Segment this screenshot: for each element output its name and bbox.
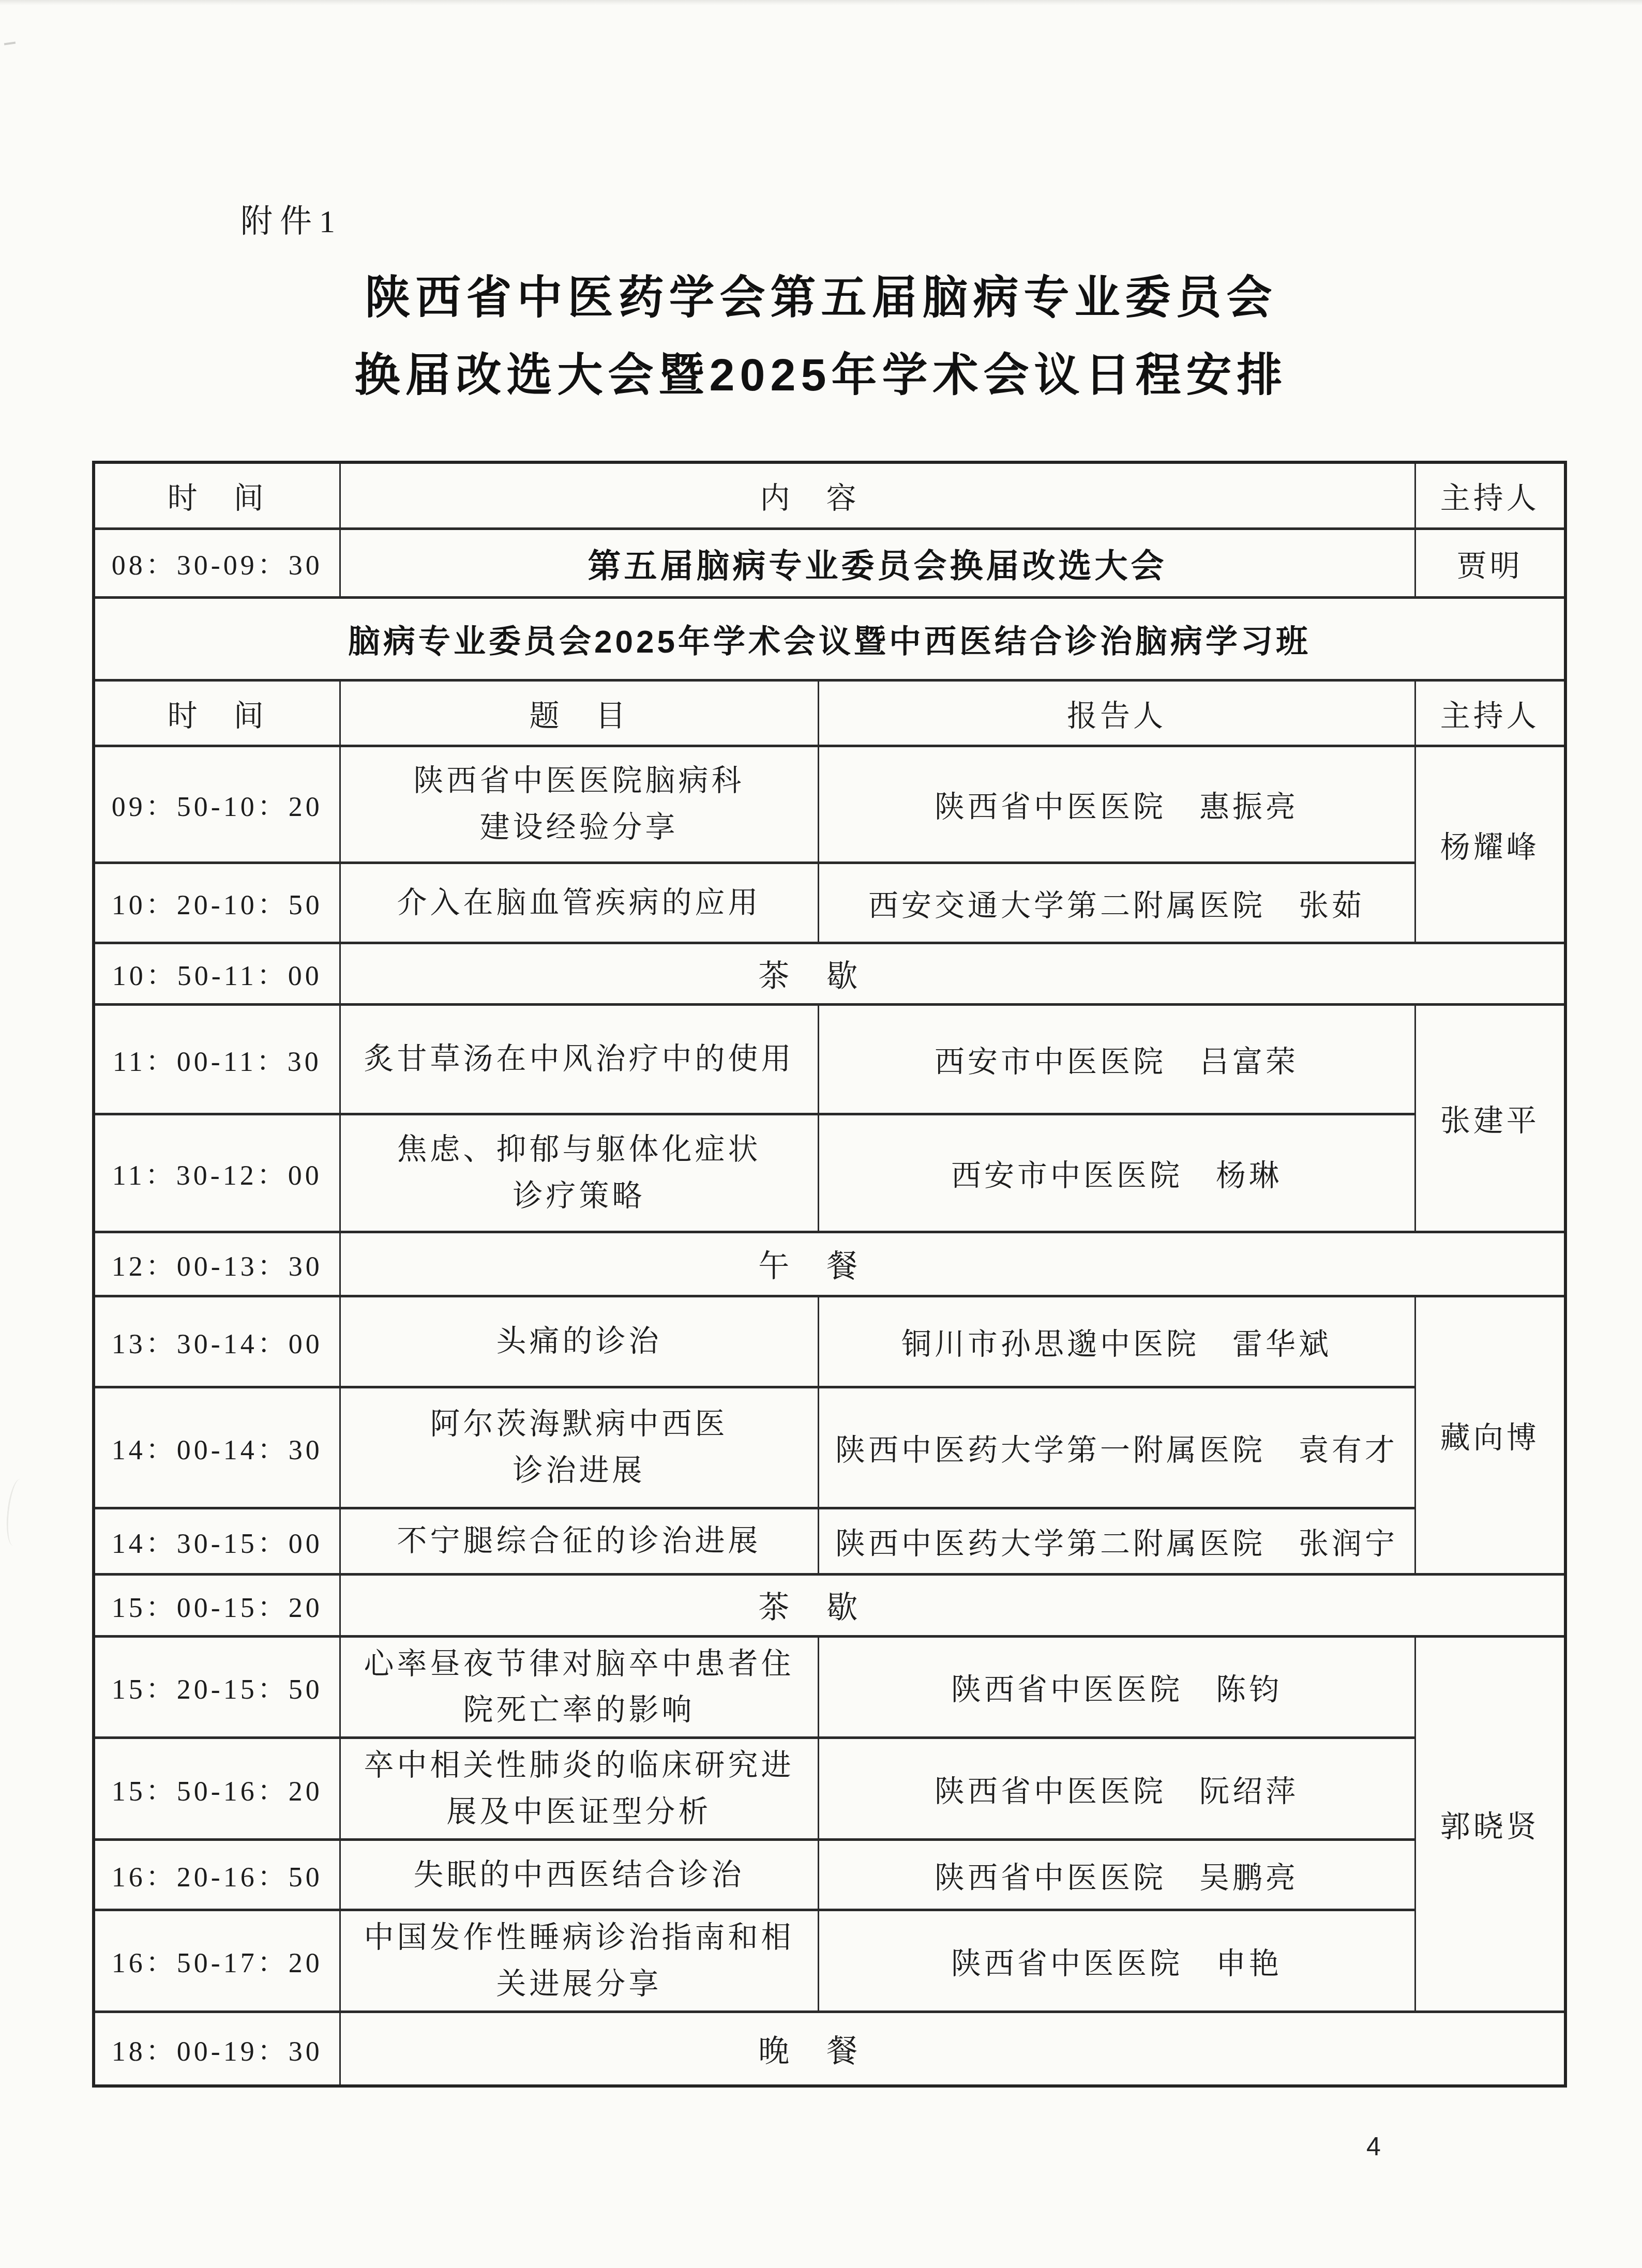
table-row-session: 14：30-15：00 不宁腿综合征的诊治进展 陕西中医药大学第二附属医院 张润…	[94, 1508, 1565, 1574]
scan-artifact	[4, 41, 16, 45]
host-cell: 贾明	[1415, 528, 1565, 597]
table-row-session: 14：00-14：30 阿尔茨海默病中西医 诊治进展 陕西中医药大学第一附属医院…	[94, 1387, 1565, 1508]
time-cell: 15：00-15：20	[94, 1574, 340, 1636]
time-cell: 15：20-15：50	[94, 1636, 340, 1738]
time-cell: 14：30-15：00	[94, 1508, 340, 1574]
table-row-session: 09：50-10：20 陕西省中医医院脑病科 建设经验分享 陕西省中医医院 惠振…	[94, 746, 1565, 863]
table-header-main: 时 间 题 目 报告人 主持人	[94, 680, 1565, 746]
table-row-break: 15：00-15：20 茶 歇	[94, 1574, 1565, 1636]
break-label-cell: 茶 歇	[340, 1574, 1565, 1636]
table-row-session: 10：20-10：50 介入在脑血管疾病的应用 西安交通大学第二附属医院 张茹	[94, 863, 1565, 943]
scan-artifact	[4, 1478, 29, 1547]
host-cell: 郭晓贤	[1415, 1636, 1565, 2012]
table-row-break: 10：50-11：00 茶 歇	[94, 943, 1565, 1004]
speaker-cell: 铜川市孙思邈中医院 雷华斌	[818, 1296, 1415, 1387]
table-row-session: 13：30-14：00 头痛的诊治 铜川市孙思邈中医院 雷华斌 藏向博	[94, 1296, 1565, 1387]
speaker-cell: 西安市中医医院 杨琳	[818, 1114, 1415, 1232]
topic-cell: 焦虑、抑郁与躯体化症状 诊疗策略	[340, 1114, 818, 1232]
topic-cell: 失眠的中西医结合诊治	[340, 1840, 818, 1910]
topic-cell: 心率昼夜节律对脑卒中患者住 院死亡率的影响	[340, 1636, 818, 1738]
time-cell: 09：50-10：20	[94, 746, 340, 863]
speaker-cell: 陕西省中医医院 阮绍萍	[818, 1738, 1415, 1840]
header-host: 主持人	[1415, 680, 1565, 746]
time-cell: 18：00-19：30	[94, 2012, 340, 2086]
table-row-session: 15：20-15：50 心率昼夜节律对脑卒中患者住 院死亡率的影响 陕西省中医医…	[94, 1636, 1565, 1738]
table-row-opening: 08：30-09：30 第五届脑病专业委员会换届改选大会 贾明	[94, 528, 1565, 597]
schedule-table: 时 间 内 容 主持人 08：30-09：30 第五届脑病专业委员会换届改选大会…	[92, 461, 1567, 2088]
table-row-section-banner: 脑病专业委员会2025年学术会议暨中西医结合诊治脑病学习班	[94, 597, 1565, 680]
attachment-label: 附件1	[240, 195, 342, 241]
opening-content-cell: 第五届脑病专业委员会换届改选大会	[340, 528, 1415, 597]
topic-cell: 头痛的诊治	[340, 1296, 818, 1387]
page-number: 4	[1366, 2131, 1381, 2161]
time-cell: 08：30-09：30	[94, 528, 340, 597]
time-cell: 10：20-10：50	[94, 863, 340, 943]
topic-cell: 介入在脑血管疾病的应用	[340, 863, 818, 943]
speaker-cell: 陕西省中医医院 吴鹏亮	[818, 1840, 1415, 1910]
header-topic: 题 目	[340, 680, 818, 746]
table-row-break: 12：00-13：30 午 餐	[94, 1232, 1565, 1296]
scan-edge-shadow	[0, 0, 1642, 5]
break-label-cell: 茶 歇	[340, 943, 1565, 1004]
time-cell: 13：30-14：00	[94, 1296, 340, 1387]
break-label-cell: 晚 餐	[340, 2012, 1565, 2086]
time-cell: 14：00-14：30	[94, 1387, 340, 1508]
table-row-break: 18：00-19：30 晚 餐	[94, 2012, 1565, 2086]
topic-cell: 炙甘草汤在中风治疗中的使用	[340, 1004, 818, 1114]
speaker-cell: 西安市中医医院 吕富荣	[818, 1004, 1415, 1114]
topic-cell: 中国发作性睡病诊治指南和相 关进展分享	[340, 1910, 818, 2012]
speaker-cell: 陕西省中医医院 申艳	[818, 1910, 1415, 2012]
table-row-session: 11：30-12：00 焦虑、抑郁与躯体化症状 诊疗策略 西安市中医医院 杨琳	[94, 1114, 1565, 1232]
header-host: 主持人	[1415, 462, 1565, 528]
document-title-line1: 陕西省中医药学会第五届脑病专业委员会	[0, 261, 1642, 326]
topic-cell: 卒中相关性肺炎的临床研究进 展及中医证型分析	[340, 1738, 818, 1840]
host-cell: 杨耀峰	[1415, 746, 1565, 943]
table-row-session: 15：50-16：20 卒中相关性肺炎的临床研究进 展及中医证型分析 陕西省中医…	[94, 1738, 1565, 1840]
host-cell: 张建平	[1415, 1004, 1565, 1232]
table-row-session: 16：20-16：50 失眠的中西医结合诊治 陕西省中医医院 吴鹏亮	[94, 1840, 1565, 1910]
time-cell: 11：30-12：00	[94, 1114, 340, 1232]
time-cell: 15：50-16：20	[94, 1738, 340, 1840]
document-title-line2: 换届改选大会暨2025年学术会议日程安排	[0, 339, 1642, 404]
speaker-cell: 陕西省中医医院 惠振亮	[818, 746, 1415, 863]
header-time: 时 间	[94, 680, 340, 746]
speaker-cell: 陕西中医药大学第一附属医院 袁有才	[818, 1387, 1415, 1508]
table-row-session: 11：00-11：30 炙甘草汤在中风治疗中的使用 西安市中医医院 吕富荣 张建…	[94, 1004, 1565, 1114]
time-cell: 11：00-11：30	[94, 1004, 340, 1114]
topic-cell: 陕西省中医医院脑病科 建设经验分享	[340, 746, 818, 863]
header-time: 时 间	[94, 462, 340, 528]
header-speaker: 报告人	[818, 680, 1415, 746]
speaker-cell: 西安交通大学第二附属医院 张茹	[818, 863, 1415, 943]
table-header-top: 时 间 内 容 主持人	[94, 462, 1565, 528]
time-cell: 16：20-16：50	[94, 1840, 340, 1910]
topic-cell: 不宁腿综合征的诊治进展	[340, 1508, 818, 1574]
speaker-cell: 陕西中医药大学第二附属医院 张润宁	[818, 1508, 1415, 1574]
time-cell: 12：00-13：30	[94, 1232, 340, 1296]
break-label-cell: 午 餐	[340, 1232, 1565, 1296]
topic-cell: 阿尔茨海默病中西医 诊治进展	[340, 1387, 818, 1508]
section-banner-cell: 脑病专业委员会2025年学术会议暨中西医结合诊治脑病学习班	[94, 597, 1565, 680]
time-cell: 16：50-17：20	[94, 1910, 340, 2012]
table-row-session: 16：50-17：20 中国发作性睡病诊治指南和相 关进展分享 陕西省中医医院 …	[94, 1910, 1565, 2012]
speaker-cell: 陕西省中医医院 陈钧	[818, 1636, 1415, 1738]
scanned-page: 附件1 陕西省中医药学会第五届脑病专业委员会 换届改选大会暨2025年学术会议日…	[0, 0, 1642, 2268]
host-cell: 藏向博	[1415, 1296, 1565, 1574]
time-cell: 10：50-11：00	[94, 943, 340, 1004]
header-content: 内 容	[340, 462, 1415, 528]
